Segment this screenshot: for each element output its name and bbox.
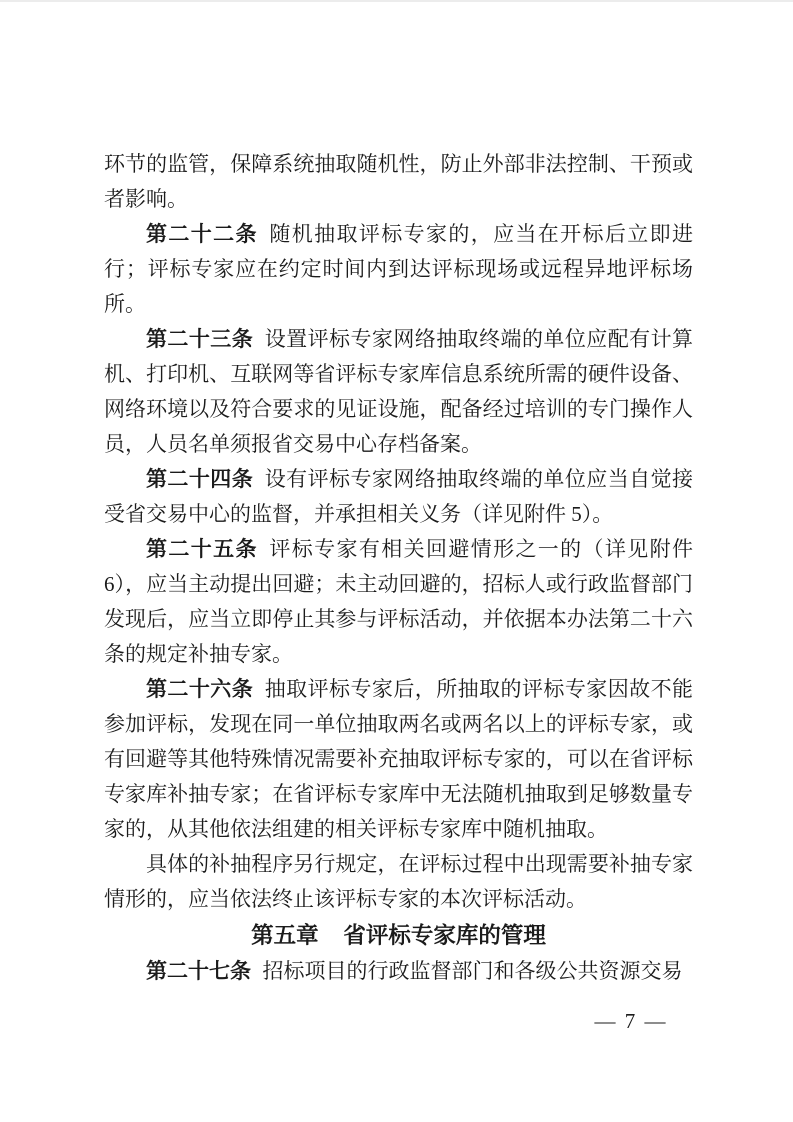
page-number: — 7 —	[558, 1009, 704, 1034]
article-26-number: 第二十六条	[146, 677, 253, 701]
article-22-number: 第二十二条	[146, 222, 258, 246]
scan-edge-line	[0, 0, 793, 2]
article-25-number: 第二十五条	[146, 537, 258, 561]
article-24-paragraph: 第二十四条设有评标专家网络抽取终端的单位应当自觉接受省交易中心的监督，并承担相关…	[104, 462, 693, 532]
paragraph-supplement-procedure: 具体的补抽程序另行规定，在评标过程中出现需要补抽专家情形的，应当依法终止该评标专…	[104, 847, 693, 917]
paragraph-continuation: 环节的监管，保障系统抽取随机性，防止外部非法控制、干预或者影响。	[104, 147, 693, 217]
article-27-paragraph: 第二十七条招标项目的行政监督部门和各级公共资源交易	[104, 954, 693, 989]
article-27-text: 招标项目的行政监督部门和各级公共资源交易	[263, 959, 683, 983]
chapter-5-title: 省评标专家库的管理	[343, 923, 546, 948]
document-body: 环节的监管，保障系统抽取随机性，防止外部非法控制、干预或者影响。 第二十二条随机…	[104, 147, 693, 989]
article-23-number: 第二十三条	[146, 327, 253, 351]
chapter-5-heading: 第五章省评标专家库的管理	[104, 918, 693, 953]
chapter-5-label: 第五章	[251, 923, 319, 948]
document-page: 环节的监管，保障系统抽取随机性，防止外部非法控制、干预或者影响。 第二十二条随机…	[0, 0, 793, 1122]
article-23-paragraph: 第二十三条设置评标专家网络抽取终端的单位应配有计算机、打印机、互联网等省评标专家…	[104, 322, 693, 462]
article-26-paragraph: 第二十六条抽取评标专家后，所抽取的评标专家因故不能参加评标，发现在同一单位抽取两…	[104, 672, 693, 847]
article-25-paragraph: 第二十五条评标专家有相关回避情形之一的（详见附件 6），应当主动提出回避；未主动…	[104, 532, 693, 672]
article-22-paragraph: 第二十二条随机抽取评标专家的，应当在开标后立即进行；评标专家应在约定时间内到达评…	[104, 217, 693, 322]
article-24-number: 第二十四条	[146, 467, 253, 491]
article-26-text: 抽取评标专家后，所抽取的评标专家因故不能参加评标，发现在同一单位抽取两名或两名以…	[104, 677, 693, 841]
article-27-number: 第二十七条	[146, 959, 251, 983]
